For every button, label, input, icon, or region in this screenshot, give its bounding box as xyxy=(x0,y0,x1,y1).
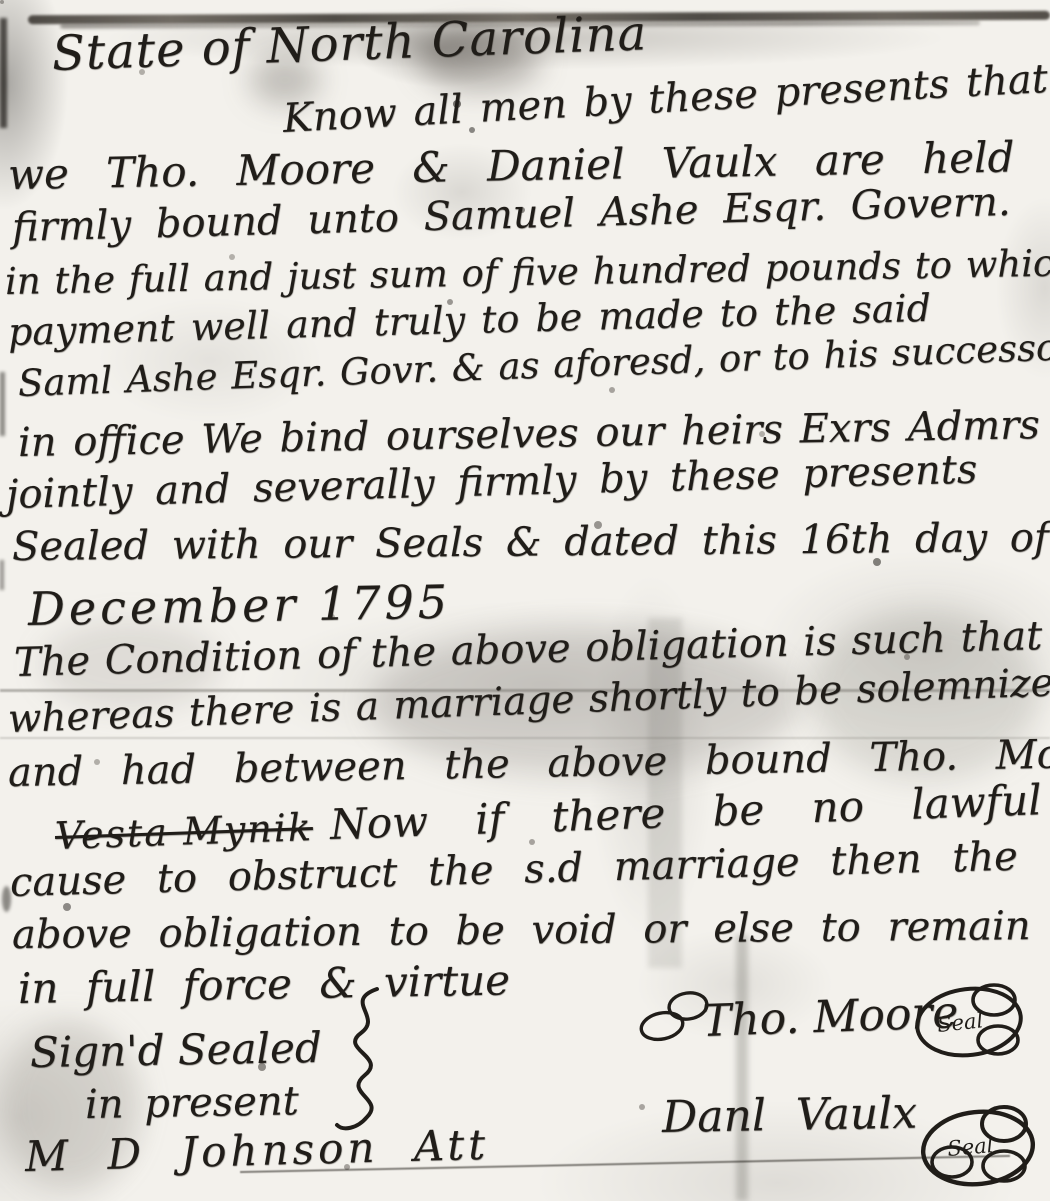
paper-left-edge-mark xyxy=(0,560,4,590)
manuscript-line: December 1795 xyxy=(28,575,452,636)
seal-label: Seal xyxy=(936,1008,984,1037)
manuscript-line: above obligation to be void or else to r… xyxy=(12,903,1031,958)
struck-out-name: Vesta Mynik xyxy=(54,805,313,858)
seal-flourish: Seal xyxy=(912,980,1028,1062)
manuscript-line: in full force & virtue xyxy=(18,955,511,1013)
signed-sealed-line: Sign'd Sealed xyxy=(30,1023,323,1077)
paper-left-edge-mark xyxy=(0,18,7,128)
manuscript-line: Sealed with our Seals & dated this 16th … xyxy=(12,515,1049,570)
in-presence-line: in present xyxy=(85,1078,299,1128)
paper-speckles xyxy=(0,0,4,4)
signature-flourish xyxy=(638,988,708,1044)
seal-flourish: Seal xyxy=(918,1100,1040,1192)
scanned-document: State of North Carolina Know all men by … xyxy=(0,0,1050,1201)
paper-left-edge-mark xyxy=(0,372,5,436)
brace-flourish xyxy=(325,985,395,1135)
signature-danl-vaulx: Danl Vaulx xyxy=(662,1088,918,1143)
seal-label: Seal xyxy=(946,1133,994,1161)
